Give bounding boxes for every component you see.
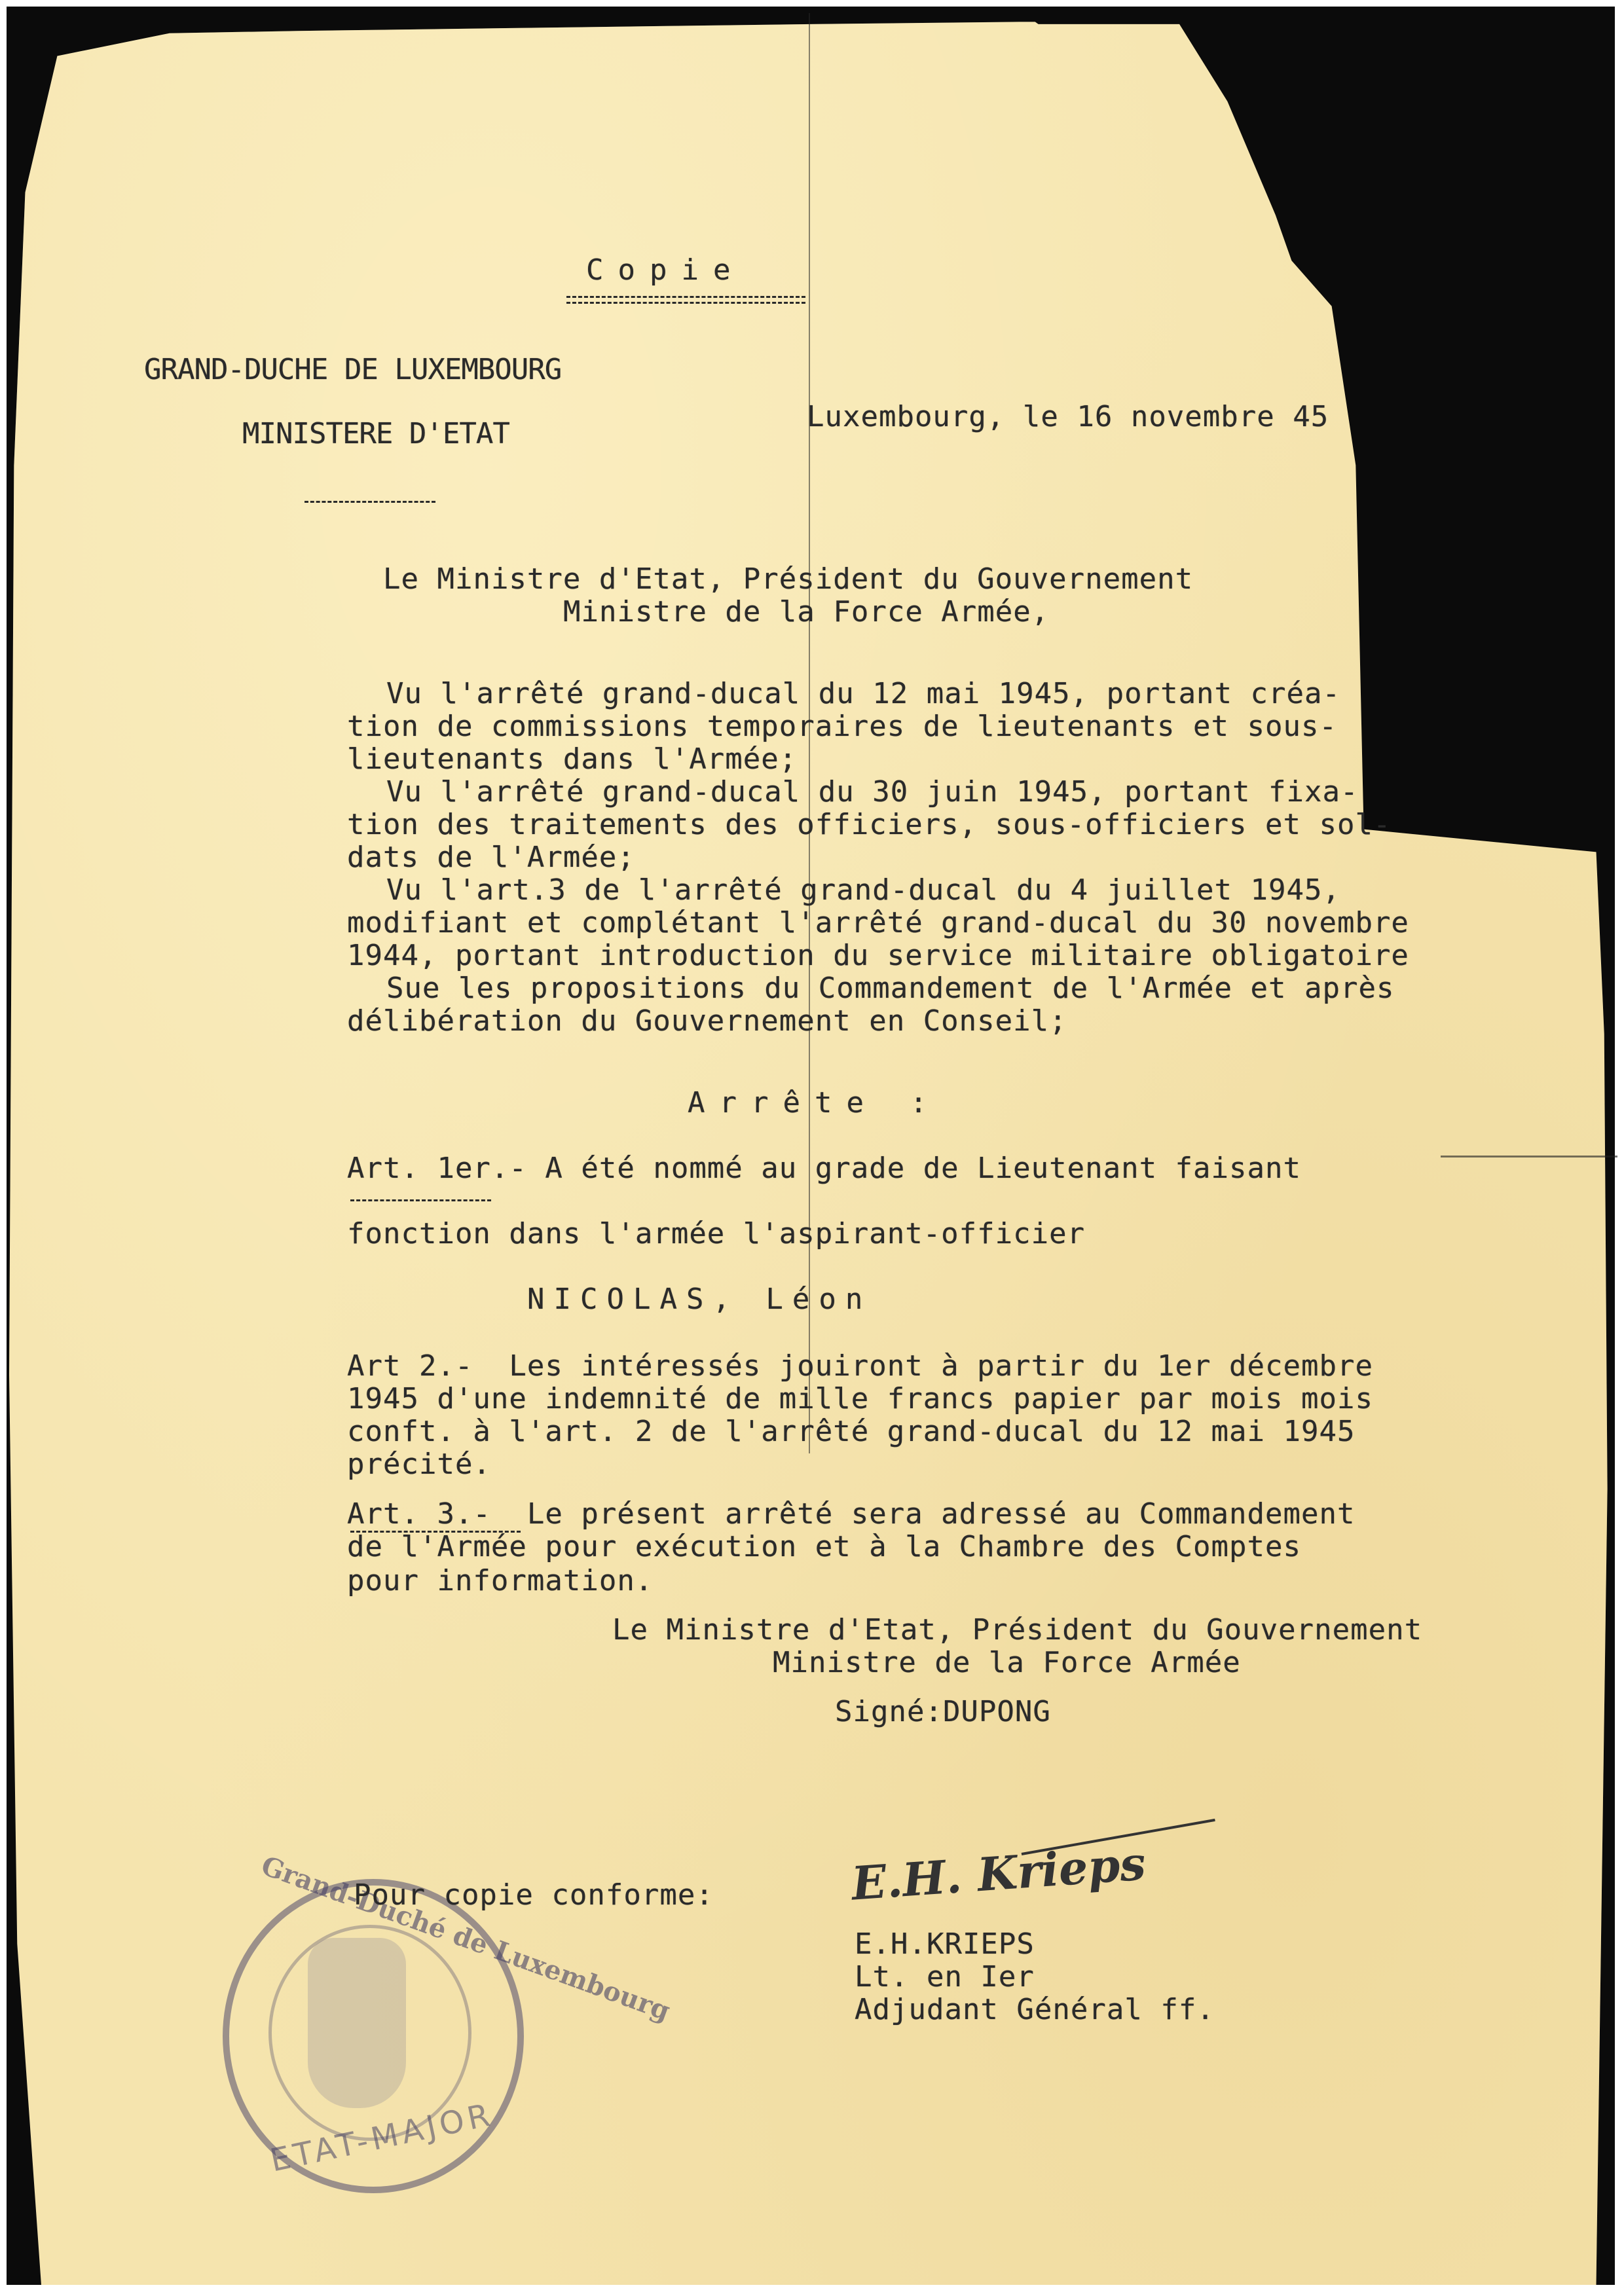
paper-tear-line [1441,1156,1617,1157]
certifier-name: E.H.KRIEPS [855,1928,1035,1961]
issuer-line-2: Ministre de la Force Armée, [563,596,1049,629]
appointee-name: NICOLAS, Léon [527,1283,872,1316]
issuer-line-1: Le Ministre d'Etat, Président du Gouvern… [383,563,1193,596]
article-1-line-2: fonction dans l'armée l'aspirant-officie… [347,1218,1085,1250]
article-2-line: conft. à l'art. 2 de l'arrêté grand-duca… [347,1415,1355,1448]
consideration-line: tion de commissions temporaires de lieut… [347,710,1337,743]
consideration-line: délibération du Gouvernement en Conseil; [347,1005,1067,1038]
signed-by: Signé:DUPONG [835,1696,1051,1728]
certifier-title: Adjudant Général ff. [855,1994,1215,2026]
consideration-line: Sue les propositions du Commandement de … [386,972,1394,1005]
copy-underline [566,296,805,304]
article-3-line: Art. 3.- Le présent arrêté sera adressé … [347,1498,1355,1531]
consideration-line: modifiant et complétant l'arrêté grand-d… [347,907,1409,939]
consideration-line: lieutenants dans l'Armée; [347,743,797,776]
decree-heading: Arrête : [688,1087,942,1120]
consideration-line: Vu l'arrêté grand-ducal du 12 mai 1945, … [386,678,1340,710]
article-1-line-1: Art. 1er.- A été nommé au grade de Lieut… [347,1152,1301,1185]
article-1-underline [350,1199,491,1201]
consideration-line: dats de l'Armée; [347,841,635,874]
ministry-heading: MINISTERE D'ETAT [242,418,509,450]
closing-line-2: Ministre de la Force Armée [773,1647,1241,1679]
ministry-underline [304,501,435,503]
certification-label: Pour copie conforme: [354,1879,714,1912]
closing-line-1: Le Ministre d'Etat, Président du Gouvern… [612,1614,1422,1647]
article-2-line: Art 2.- Les intéressés jouiront à partir… [347,1350,1373,1383]
country-heading: GRAND-DUCHE DE LUXEMBOURG [144,354,561,386]
consideration-line: 1944, portant introduction du service mi… [347,939,1409,972]
official-stamp: Grand-Duché de Luxembourg ETAT-MAJOR [223,1879,524,2193]
consideration-line: tion des traitements des officiers, sous… [347,809,1391,841]
copy-label: Copie [586,254,745,287]
consideration-line: Vu l'arrêté grand-ducal du 30 juin 1945,… [386,776,1358,809]
article-3-line: de l'Armée pour exécution et à la Chambr… [347,1531,1301,1563]
article-2-line: 1945 d'une indemnité de mille francs pap… [347,1383,1373,1415]
article-3-line: pour information. [347,1565,653,1597]
coat-of-arms-icon [308,1938,406,2108]
certifier-rank: Lt. en Ier [855,1961,1035,1994]
article-2-line: précité. [347,1448,491,1481]
consideration-line: Vu l'art.3 de l'arrêté grand-ducal du 4 … [386,874,1340,907]
place-date: Luxembourg, le 16 novembre 45 [807,401,1329,433]
